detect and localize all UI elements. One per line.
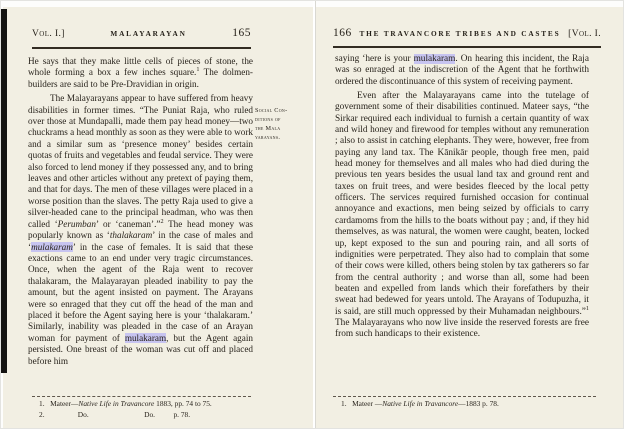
page-number: 165	[232, 27, 251, 39]
scan-edge-artifact	[1, 9, 7, 373]
body-text-column: saying ‘here is your mulakaram. On heari…	[335, 54, 589, 344]
page-header: 166 THE TRAVANCORE TRIBES AND CASTES [Vo…	[333, 27, 601, 39]
page-left-165: Vol. I.] MALAYARAYAN 165 He says that th…	[3, 7, 313, 428]
footnote: 1. Mateer—Native Life in Travancore 1883…	[39, 399, 253, 410]
book-scan-viewer: Vol. I.] MALAYARAYAN 165 He says that th…	[0, 0, 624, 429]
body-text-column: He says that they make little cells of p…	[28, 56, 253, 370]
header-rule	[333, 46, 601, 48]
highlighted-term: mulakaram	[414, 54, 456, 64]
footnotes: 1. Mateer—Native Life in Travancore 1883…	[39, 399, 253, 420]
footnote-rule	[32, 396, 251, 397]
running-title: MALAYARAYAN	[65, 29, 232, 38]
running-title: THE TRAVANCORE TRIBES AND CASTES	[352, 29, 568, 38]
page-number: 166	[333, 27, 352, 39]
page-right-166: 166 THE TRAVANCORE TRIBES AND CASTES [Vo…	[316, 7, 623, 428]
highlighted-term: mulakaram	[31, 242, 73, 252]
footnote-rule	[333, 396, 596, 397]
volume-label: Vol. I.]	[32, 29, 65, 39]
paragraph: He says that they make little cells of p…	[28, 56, 253, 90]
footnotes: 1. Mateer —Native Life in Travancore—188…	[341, 399, 597, 410]
highlighted-term: mulakaram	[125, 333, 166, 343]
paragraph: saying ‘here is your mulakaram. On heari…	[335, 54, 589, 88]
footnote: 1. Mateer —Native Life in Travancore—188…	[341, 399, 597, 410]
header-rule	[32, 47, 251, 49]
volume-label: [Vol. I.	[568, 29, 601, 39]
margin-note: Social Con- ditions of the Mala yarayans…	[255, 106, 313, 142]
paragraph: Even after the Malayarayans came into th…	[335, 91, 589, 341]
paragraph: The Malayarayans appear to have suffered…	[28, 93, 253, 367]
footnote: 2. Do. Do. p. 78.	[39, 410, 253, 421]
page-header: Vol. I.] MALAYARAYAN 165	[32, 27, 251, 39]
